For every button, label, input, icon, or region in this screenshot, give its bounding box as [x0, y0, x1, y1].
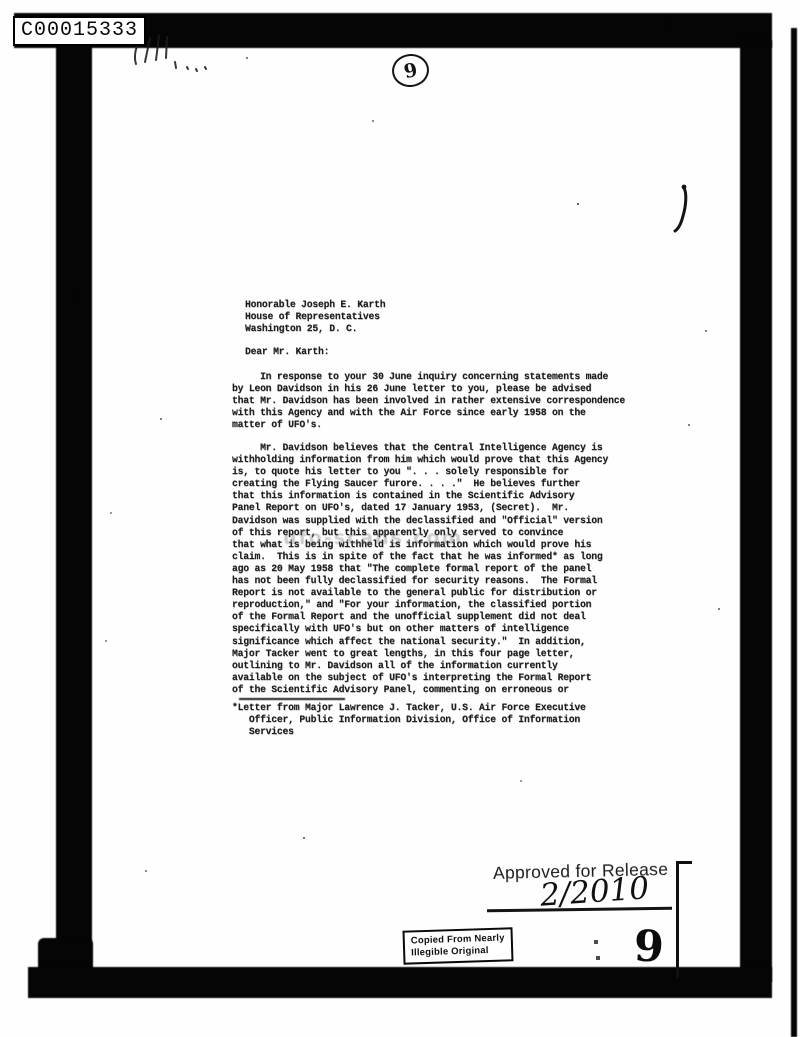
margin-j-mark: [668, 182, 694, 238]
release-bracket-mark: [676, 861, 692, 978]
salutation: Dear Mr. Karth:: [245, 346, 329, 358]
document-id-box: C00015333: [13, 16, 146, 46]
release-date-handwritten: 2/2010: [539, 870, 650, 914]
document-id-label: C00015333: [21, 19, 138, 42]
footnote-divider: [239, 698, 345, 700]
copied-stamp-line2: Illegible Original: [411, 945, 505, 960]
handwritten-page-number: 9: [633, 921, 665, 972]
scanned-document-page: C00015333 9 ufo-scans.com Honorable Jose…: [0, 0, 800, 1037]
copied-from-original-stamp: Copied From Nearly Illegible Original: [402, 927, 513, 964]
letter-footnote: *Letter from Major Lawrence J. Tacker, U…: [232, 702, 586, 738]
letter-paragraph-1: In response to your 30 June inquiry conc…: [232, 371, 625, 431]
recipient-address: Honorable Joseph E. Karth House of Repre…: [245, 299, 385, 334]
scan-noise-specks: [0, 0, 2, 2]
scan-border-left: [56, 40, 92, 985]
scan-border-right: [740, 40, 772, 982]
circled-page-number: 9: [390, 52, 430, 89]
scan-edge-strip: [791, 28, 797, 1037]
circled-page-number-value: 9: [402, 58, 420, 82]
letter-paragraph-2: Mr. Davidson believes that the Central I…: [232, 442, 608, 696]
